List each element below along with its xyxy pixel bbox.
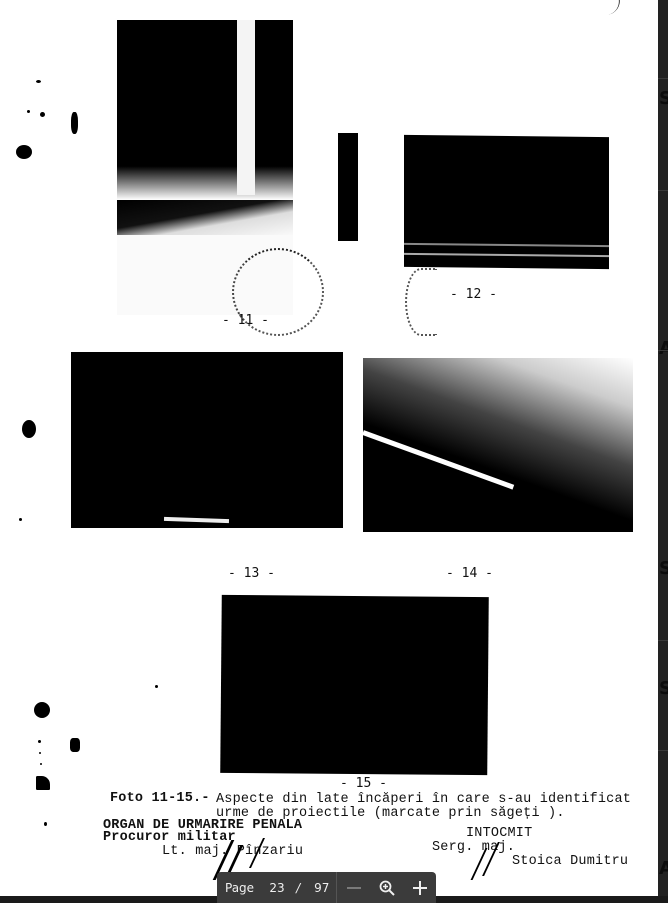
minus-icon (347, 881, 361, 895)
page-label: Page (225, 881, 254, 895)
pdf-viewer: - 11 - - 12 - - 13 - - 14 - - 15 - Foto … (0, 0, 668, 903)
photo-label-11: - 11 - (222, 313, 269, 328)
photo-13 (71, 352, 343, 528)
page-separator: / (296, 881, 300, 895)
photo-label-15: - 15 - (340, 776, 387, 791)
photo-14 (363, 358, 633, 532)
signature-name-left: Lt. maj. Pînzariu (162, 844, 303, 859)
signature-title-right: INTOCMIT (466, 826, 532, 841)
photo-label-12: - 12 - (450, 287, 497, 302)
zoom-in-button[interactable] (403, 872, 436, 903)
signature-role: Procuror militar (103, 830, 236, 845)
page-indicator: Page 23 / 97 (217, 872, 336, 903)
zoom-fit-button[interactable] (370, 872, 403, 903)
ink-blot (44, 822, 47, 826)
ink-blot (36, 776, 50, 790)
page-corner-mark (601, 0, 622, 16)
ink-blot (16, 145, 32, 159)
photo-label-14: - 14 - (446, 566, 493, 581)
ink-blot (27, 110, 30, 113)
ink-blot (40, 112, 45, 117)
ink-blot (155, 685, 158, 688)
ink-blot (71, 112, 78, 134)
document-page: - 11 - - 12 - - 13 - - 14 - - 15 - Foto … (0, 0, 658, 896)
photo-label-13: - 13 - (228, 566, 275, 581)
ink-blot (40, 763, 42, 765)
ink-blot (36, 80, 41, 83)
ink-blot (34, 702, 50, 718)
photo-11 (117, 20, 293, 245)
photo-15 (220, 595, 489, 775)
ink-blot (39, 752, 41, 754)
photo-12 (404, 135, 609, 269)
page-navigation-toolbar: Page 23 / 97 (217, 872, 436, 903)
total-pages: 97 (314, 881, 329, 895)
zoom-magnifier-icon (379, 880, 395, 896)
official-stamp-partial (405, 268, 437, 336)
photo-12-door (338, 133, 358, 241)
adjacent-page-thumbnail-strip[interactable]: S A S S A (658, 0, 668, 903)
ink-blot (22, 420, 36, 438)
caption-line-1: Aspecte din late încăperi în care s-au i… (216, 792, 631, 807)
ink-blot (70, 738, 80, 752)
plus-icon (413, 881, 427, 895)
signature-rank-right: Serg. maj. (432, 840, 515, 855)
signature-name-right: Stoica Dumitru (512, 854, 628, 869)
zoom-out-button[interactable] (337, 872, 370, 903)
ink-blot (38, 740, 41, 743)
ink-blot (19, 518, 22, 521)
caption-prefix: Foto 11-15.- (110, 791, 210, 806)
current-page-input[interactable]: 23 (267, 881, 287, 895)
